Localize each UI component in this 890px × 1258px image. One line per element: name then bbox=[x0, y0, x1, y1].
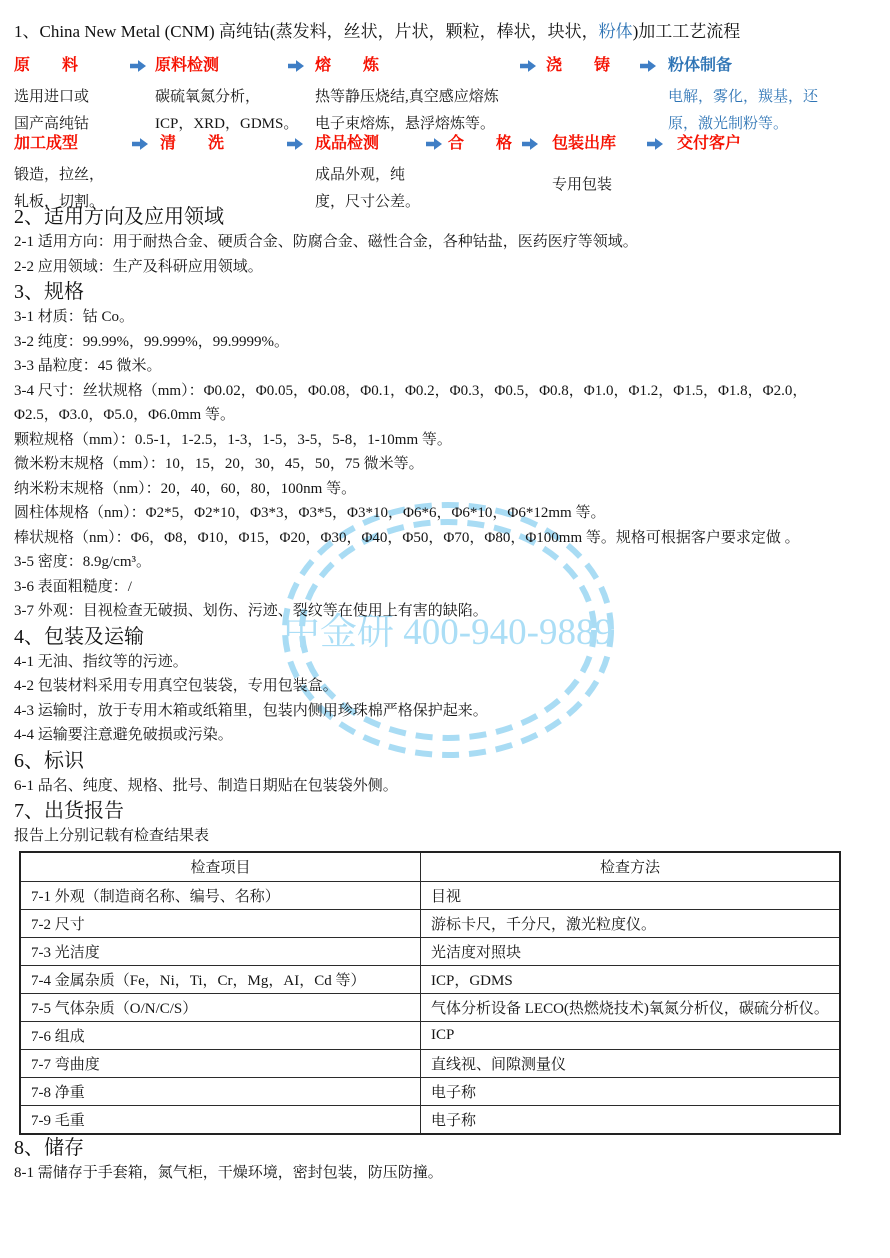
table-row: 7-7 弯曲度 直线视、间隙测量仪 bbox=[20, 1049, 840, 1077]
flow-desc-line: 热等静压烧结,真空感应熔炼 bbox=[315, 84, 499, 111]
paragraph: 3-2 纯度：99.99%，99.999%，99.9999%。 bbox=[14, 330, 852, 355]
table-cell-item: 7-3 光洁度 bbox=[20, 937, 421, 965]
paragraph: 4-3 运输时，放于专用木箱或纸箱里，包装内侧用珍珠棉严格保护起来。 bbox=[14, 699, 852, 724]
table-row: 7-3 光洁度 光洁度对照块 bbox=[20, 937, 840, 965]
process-flow-section: 1、China New Metal (CNM) 高纯钴(蒸发料，丝状，片状，颗粒… bbox=[0, 0, 890, 204]
table-cell-method: 目视 bbox=[421, 881, 841, 909]
paragraph: 微米粉末规格（mm）：10，15，20，30，45，50，75 微米等。 bbox=[14, 452, 852, 477]
flow-arrow-icon bbox=[647, 137, 663, 151]
flow-arrow-icon bbox=[522, 137, 538, 151]
paragraph: 颗粒规格（mm）：0.5-1，1-2.5，1-3，1-5，3-5，5-8，1-1… bbox=[14, 428, 852, 453]
table-cell-method: 气体分析设备 LECO(热燃烧技术)氧氮分析仪，碳硫分析仪。 bbox=[421, 993, 841, 1021]
table-header-method: 检查方法 bbox=[421, 852, 841, 882]
paragraph: 8-1 需储存于手套箱，氮气柜，干燥环境，密封包装，防压防撞。 bbox=[14, 1161, 852, 1186]
paragraph: 4-2 包装材料采用专用真空包装袋，专用包装盒。 bbox=[14, 674, 852, 699]
section-heading-shipment-report: 7、出货报告 bbox=[14, 798, 852, 824]
paragraph: 纳米粉末规格（nm）：20，40，60，80，100nm 等。 bbox=[14, 477, 852, 502]
table-cell-method: 电子称 bbox=[421, 1105, 841, 1134]
flow-step-packing-shipping: 包装出库 bbox=[552, 134, 616, 154]
table-row: 7-6 组成 ICP bbox=[20, 1021, 840, 1049]
page-title-highlight: 粉体 bbox=[599, 22, 633, 41]
table-cell-method: 电子称 bbox=[421, 1077, 841, 1105]
flow-step-powder-prep: 粉体制备 bbox=[668, 56, 732, 76]
flow-desc-packing: 专用包装 bbox=[552, 172, 612, 199]
table-cell-item: 7-9 毛重 bbox=[20, 1105, 421, 1134]
flow-step-raw-material: 原 料 bbox=[14, 56, 78, 76]
section-heading-specifications: 3、规格 bbox=[14, 279, 852, 305]
table-cell-item: 7-2 尺寸 bbox=[20, 909, 421, 937]
page-title-part2: )加工工艺流程 bbox=[633, 22, 741, 41]
flow-desc-line: 碳硫氧氮分析， bbox=[155, 84, 298, 111]
paragraph: 3-5 密度：8.9g/cm³。 bbox=[14, 550, 852, 575]
paragraph: 3-4 尺寸：丝状规格（mm）：Φ0.02，Φ0.05，Φ0.08，Φ0.1，Φ… bbox=[14, 379, 852, 428]
flow-step-melting: 熔 炼 bbox=[315, 56, 379, 76]
table-row: 7-5 气体杂质（O/N/C/S） 气体分析设备 LECO(热燃烧技术)氧氮分析… bbox=[20, 993, 840, 1021]
flow-desc-raw-material: 选用进口或 国产高纯钴 bbox=[14, 84, 89, 138]
flow-desc-material-inspection: 碳硫氧氮分析， ICP，XRD，GDMS。 bbox=[155, 84, 298, 138]
table-cell-item: 7-6 组成 bbox=[20, 1021, 421, 1049]
table-cell-method: 光洁度对照块 bbox=[421, 937, 841, 965]
flow-arrow-icon bbox=[640, 59, 656, 73]
table-cell-item: 7-5 气体杂质（O/N/C/S） bbox=[20, 993, 421, 1021]
table-header-row: 检查项目 检查方法 bbox=[20, 852, 840, 882]
table-cell-method: ICP bbox=[421, 1021, 841, 1049]
table-row: 7-2 尺寸 游标卡尺，千分尺，激光粒度仪。 bbox=[20, 909, 840, 937]
flow-desc-melting: 热等静压烧结,真空感应熔炼 电子束熔炼，悬浮熔炼等。 bbox=[315, 84, 499, 138]
page-title: 1、China New Metal (CNM) 高纯钴(蒸发料，丝状，片状，颗粒… bbox=[14, 20, 740, 44]
table-cell-item: 7-8 净重 bbox=[20, 1077, 421, 1105]
table-row: 7-8 净重 电子称 bbox=[20, 1077, 840, 1105]
flow-step-qualified: 合 格 bbox=[448, 134, 512, 154]
table-header-item: 检查项目 bbox=[20, 852, 421, 882]
flow-desc-powder-prep: 电解，雾化，羰基，还 原，激光制粉等。 bbox=[668, 84, 818, 138]
table-row: 7-1 外观（制造商名称、编号、名称） 目视 bbox=[20, 881, 840, 909]
flow-arrow-icon bbox=[130, 59, 146, 73]
table-cell-method: 游标卡尺，千分尺，激光粒度仪。 bbox=[421, 909, 841, 937]
section-heading-packaging: 4、包装及运输 bbox=[14, 624, 852, 650]
table-cell-method: 直线视、间隙测量仪 bbox=[421, 1049, 841, 1077]
document-body: 2、适用方向及应用领域 2-1 适用方向：用于耐热合金、硬质合金、防腐合金、磁性… bbox=[14, 204, 852, 1185]
flow-arrow-icon bbox=[426, 137, 442, 151]
flow-desc-line: 锻造，拉丝， bbox=[14, 162, 104, 189]
paragraph: 报告上分别记载有检查结果表 bbox=[14, 824, 852, 849]
section-heading-storage: 8、储存 bbox=[14, 1135, 852, 1161]
flow-step-final-inspection: 成品检测 bbox=[315, 134, 379, 154]
paragraph: 4-1 无油、指纹等的污迹。 bbox=[14, 650, 852, 675]
inspection-table: 检查项目 检查方法 7-1 外观（制造商名称、编号、名称） 目视 7-2 尺寸 … bbox=[19, 851, 841, 1135]
document-page: { "colors": { "red_label": "#f51000", "b… bbox=[0, 0, 890, 1258]
table-cell-method: ICP，GDMS bbox=[421, 965, 841, 993]
flow-step-forming: 加工成型 bbox=[14, 134, 78, 154]
paragraph: 3-1 材质：钴 Co。 bbox=[14, 305, 852, 330]
paragraph: 3-6 表面粗糙度：/ bbox=[14, 575, 852, 600]
flow-desc-line: 电解，雾化，羰基，还 bbox=[668, 84, 818, 111]
section-heading-applications: 2、适用方向及应用领域 bbox=[14, 204, 852, 230]
paragraph: 2-1 适用方向：用于耐热合金、硬质合金、防腐合金、磁性合金，各种钴盐，医药医疗… bbox=[14, 230, 852, 255]
flow-step-material-inspection: 原料检测 bbox=[155, 56, 219, 76]
flow-desc-line: 成品外观，纯 bbox=[315, 162, 420, 189]
flow-arrow-icon bbox=[288, 59, 304, 73]
flow-desc-line: 选用进口或 bbox=[14, 84, 89, 111]
paragraph: 4-4 运输要注意避免破损或污染。 bbox=[14, 723, 852, 748]
paragraph: 棒状规格（nm）：Φ6，Φ8，Φ10，Φ15，Φ20，Φ30，Φ40，Φ50，Φ… bbox=[14, 526, 852, 551]
paragraph: 圆柱体规格（nm）：Φ2*5，Φ2*10，Φ3*3，Φ3*5，Φ3*10，Φ6*… bbox=[14, 501, 852, 526]
flow-arrow-icon bbox=[520, 59, 536, 73]
table-row: 7-4 金属杂质（Fe，Ni，Ti，Cr，Mg，AI，Cd 等） ICP，GDM… bbox=[20, 965, 840, 993]
table-cell-item: 7-7 弯曲度 bbox=[20, 1049, 421, 1077]
paragraph: 2-2 应用领域：生产及科研应用领域。 bbox=[14, 255, 852, 280]
flow-arrow-icon bbox=[132, 137, 148, 151]
table-cell-item: 7-4 金属杂质（Fe，Ni，Ti，Cr，Mg，AI，Cd 等） bbox=[20, 965, 421, 993]
paragraph: 3-3 晶粒度：45 微米。 bbox=[14, 354, 852, 379]
paragraph: 3-7 外观：目视检查无破损、划伤、污迹、裂纹等在使用上有害的缺陷。 bbox=[14, 599, 852, 624]
paragraph: 6-1 品名、纯度、规格、批号、制造日期贴在包装袋外侧。 bbox=[14, 774, 852, 799]
table-cell-item: 7-1 外观（制造商名称、编号、名称） bbox=[20, 881, 421, 909]
flow-step-delivery: 交付客户 bbox=[677, 134, 741, 154]
page-title-part1: 1、China New Metal (CNM) 高纯钴(蒸发料，丝状，片状，颗粒… bbox=[14, 22, 599, 41]
flow-step-cleaning: 清 洗 bbox=[160, 134, 224, 154]
table-row: 7-9 毛重 电子称 bbox=[20, 1105, 840, 1134]
flow-arrow-icon bbox=[287, 137, 303, 151]
flow-step-casting: 浇 铸 bbox=[546, 56, 610, 76]
section-heading-labeling: 6、标识 bbox=[14, 748, 852, 774]
